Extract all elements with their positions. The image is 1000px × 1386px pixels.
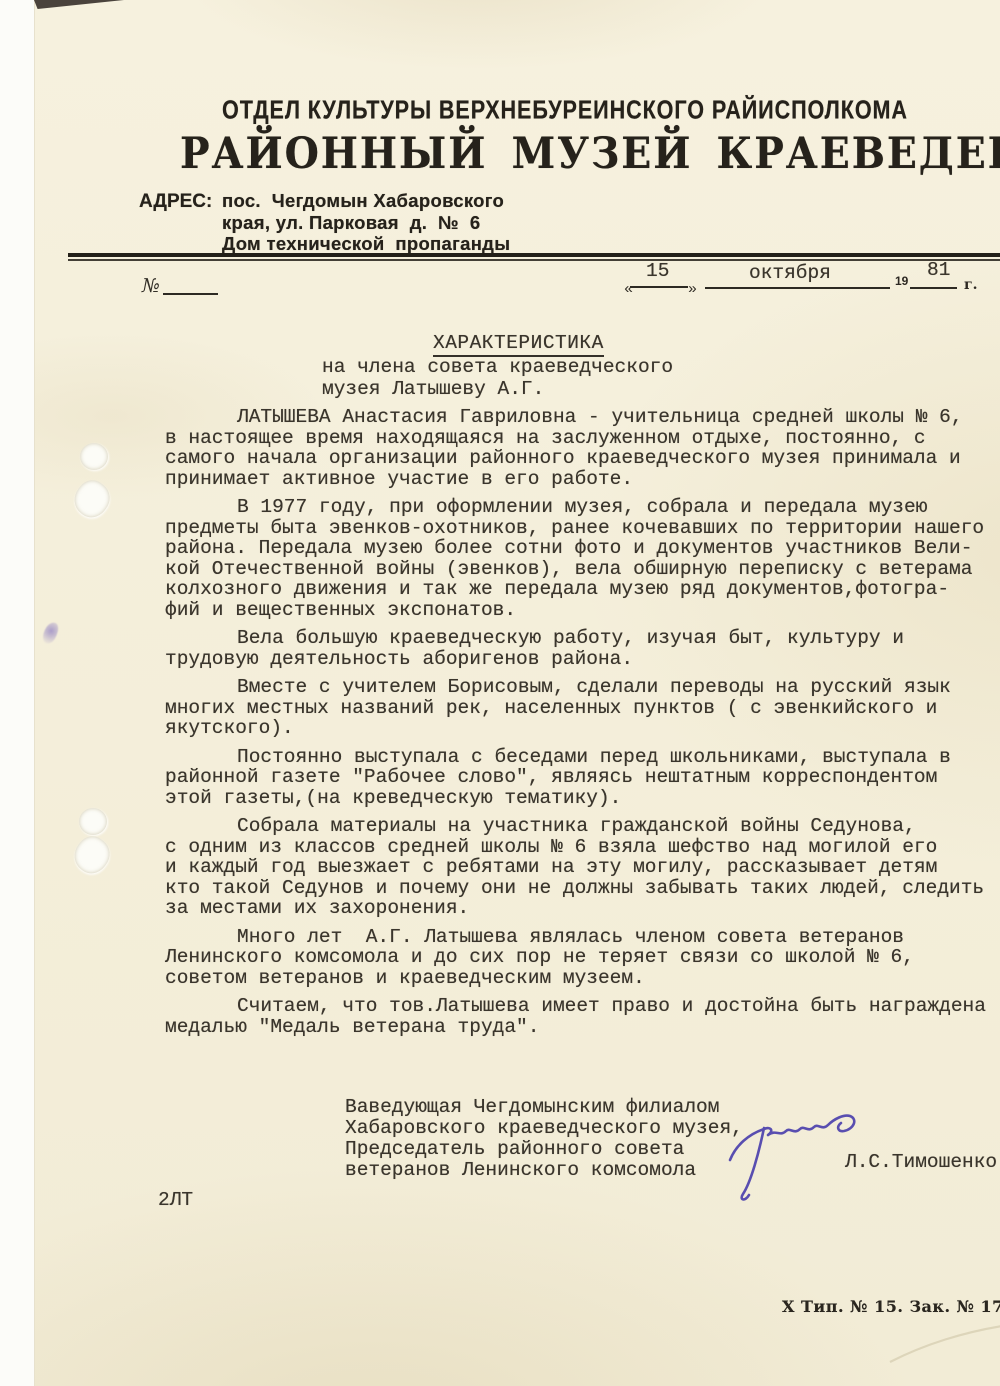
- scanner-edge-strip: [0, 0, 35, 1386]
- letterhead-rule-thick: [68, 253, 1000, 257]
- paragraph: Много лет А.Г. Латышева являлась членом …: [165, 927, 1000, 989]
- paragraph: Собрала материалы на участника гражданск…: [165, 816, 1000, 919]
- paragraph: ЛАТЫШЕВА Анастасия Гавриловна - учительн…: [165, 407, 1000, 489]
- open-quote: «: [624, 281, 633, 298]
- address-label: АДРЕС:: [139, 191, 212, 213]
- paragraph: В 1977 году, при оформлении музея, собра…: [165, 497, 1000, 620]
- letterhead-rule-thin: [68, 259, 1000, 261]
- number-underline: [163, 293, 218, 295]
- signer-name: Л.С.Тимошенко: [845, 1152, 997, 1173]
- signature-position-lines: Ваведующая Чегдомынским филиалом Хабаров…: [345, 1097, 743, 1181]
- year-underline: [910, 287, 957, 289]
- punch-hole: [80, 443, 108, 470]
- address-lines: пос. Чегдомын Хабаровского края, ул. Пар…: [222, 190, 510, 255]
- paragraph: Считаем, что тов.Латышева имеет право и …: [165, 996, 1000, 1037]
- month-underline: [705, 287, 890, 289]
- year-prefix: 19: [895, 274, 908, 288]
- close-quote: »: [688, 281, 697, 298]
- date-year: 81: [927, 260, 950, 281]
- document-body: ЛАТЫШЕВА Анастасия Гавриловна - учительн…: [165, 407, 1000, 1045]
- letterhead-organization: РАЙОННЫЙ МУЗЕЙ КРАЕВЕДЕНИЯ: [180, 128, 1000, 178]
- day-underline: [630, 286, 688, 288]
- paper-crease: [870, 1300, 1000, 1370]
- date-month: октября: [749, 263, 831, 284]
- paragraph: Постоянно выступала с беседами перед шко…: [165, 747, 1000, 809]
- document-title: ХАРАКТЕРИСТИКА: [433, 333, 604, 357]
- letterhead-department: ОТДЕЛ КУЛЬТУРЫ ВЕРХНЕБУРЕИНСКОГО РАЙИСПО…: [222, 96, 908, 126]
- paragraph: Вместе с учителем Борисовым, сделали пер…: [165, 677, 1000, 739]
- year-suffix: г.: [964, 277, 977, 293]
- reference-mark: 2ЛТ: [158, 1190, 193, 1211]
- punch-hole: [79, 808, 107, 835]
- document-subtitle-line: музея Латышеву А.Г.: [322, 379, 544, 400]
- document-page: ОТДЕЛ КУЛЬТУРЫ ВЕРХНЕБУРЕИНСКОГО РАЙИСПО…: [0, 0, 1000, 1386]
- number-label: №: [142, 275, 160, 297]
- paragraph: Вела большую краеведческую работу, изуча…: [165, 628, 1000, 669]
- document-subtitle-line: на члена совета краеведческого: [322, 357, 673, 378]
- date-day: 15: [646, 261, 669, 282]
